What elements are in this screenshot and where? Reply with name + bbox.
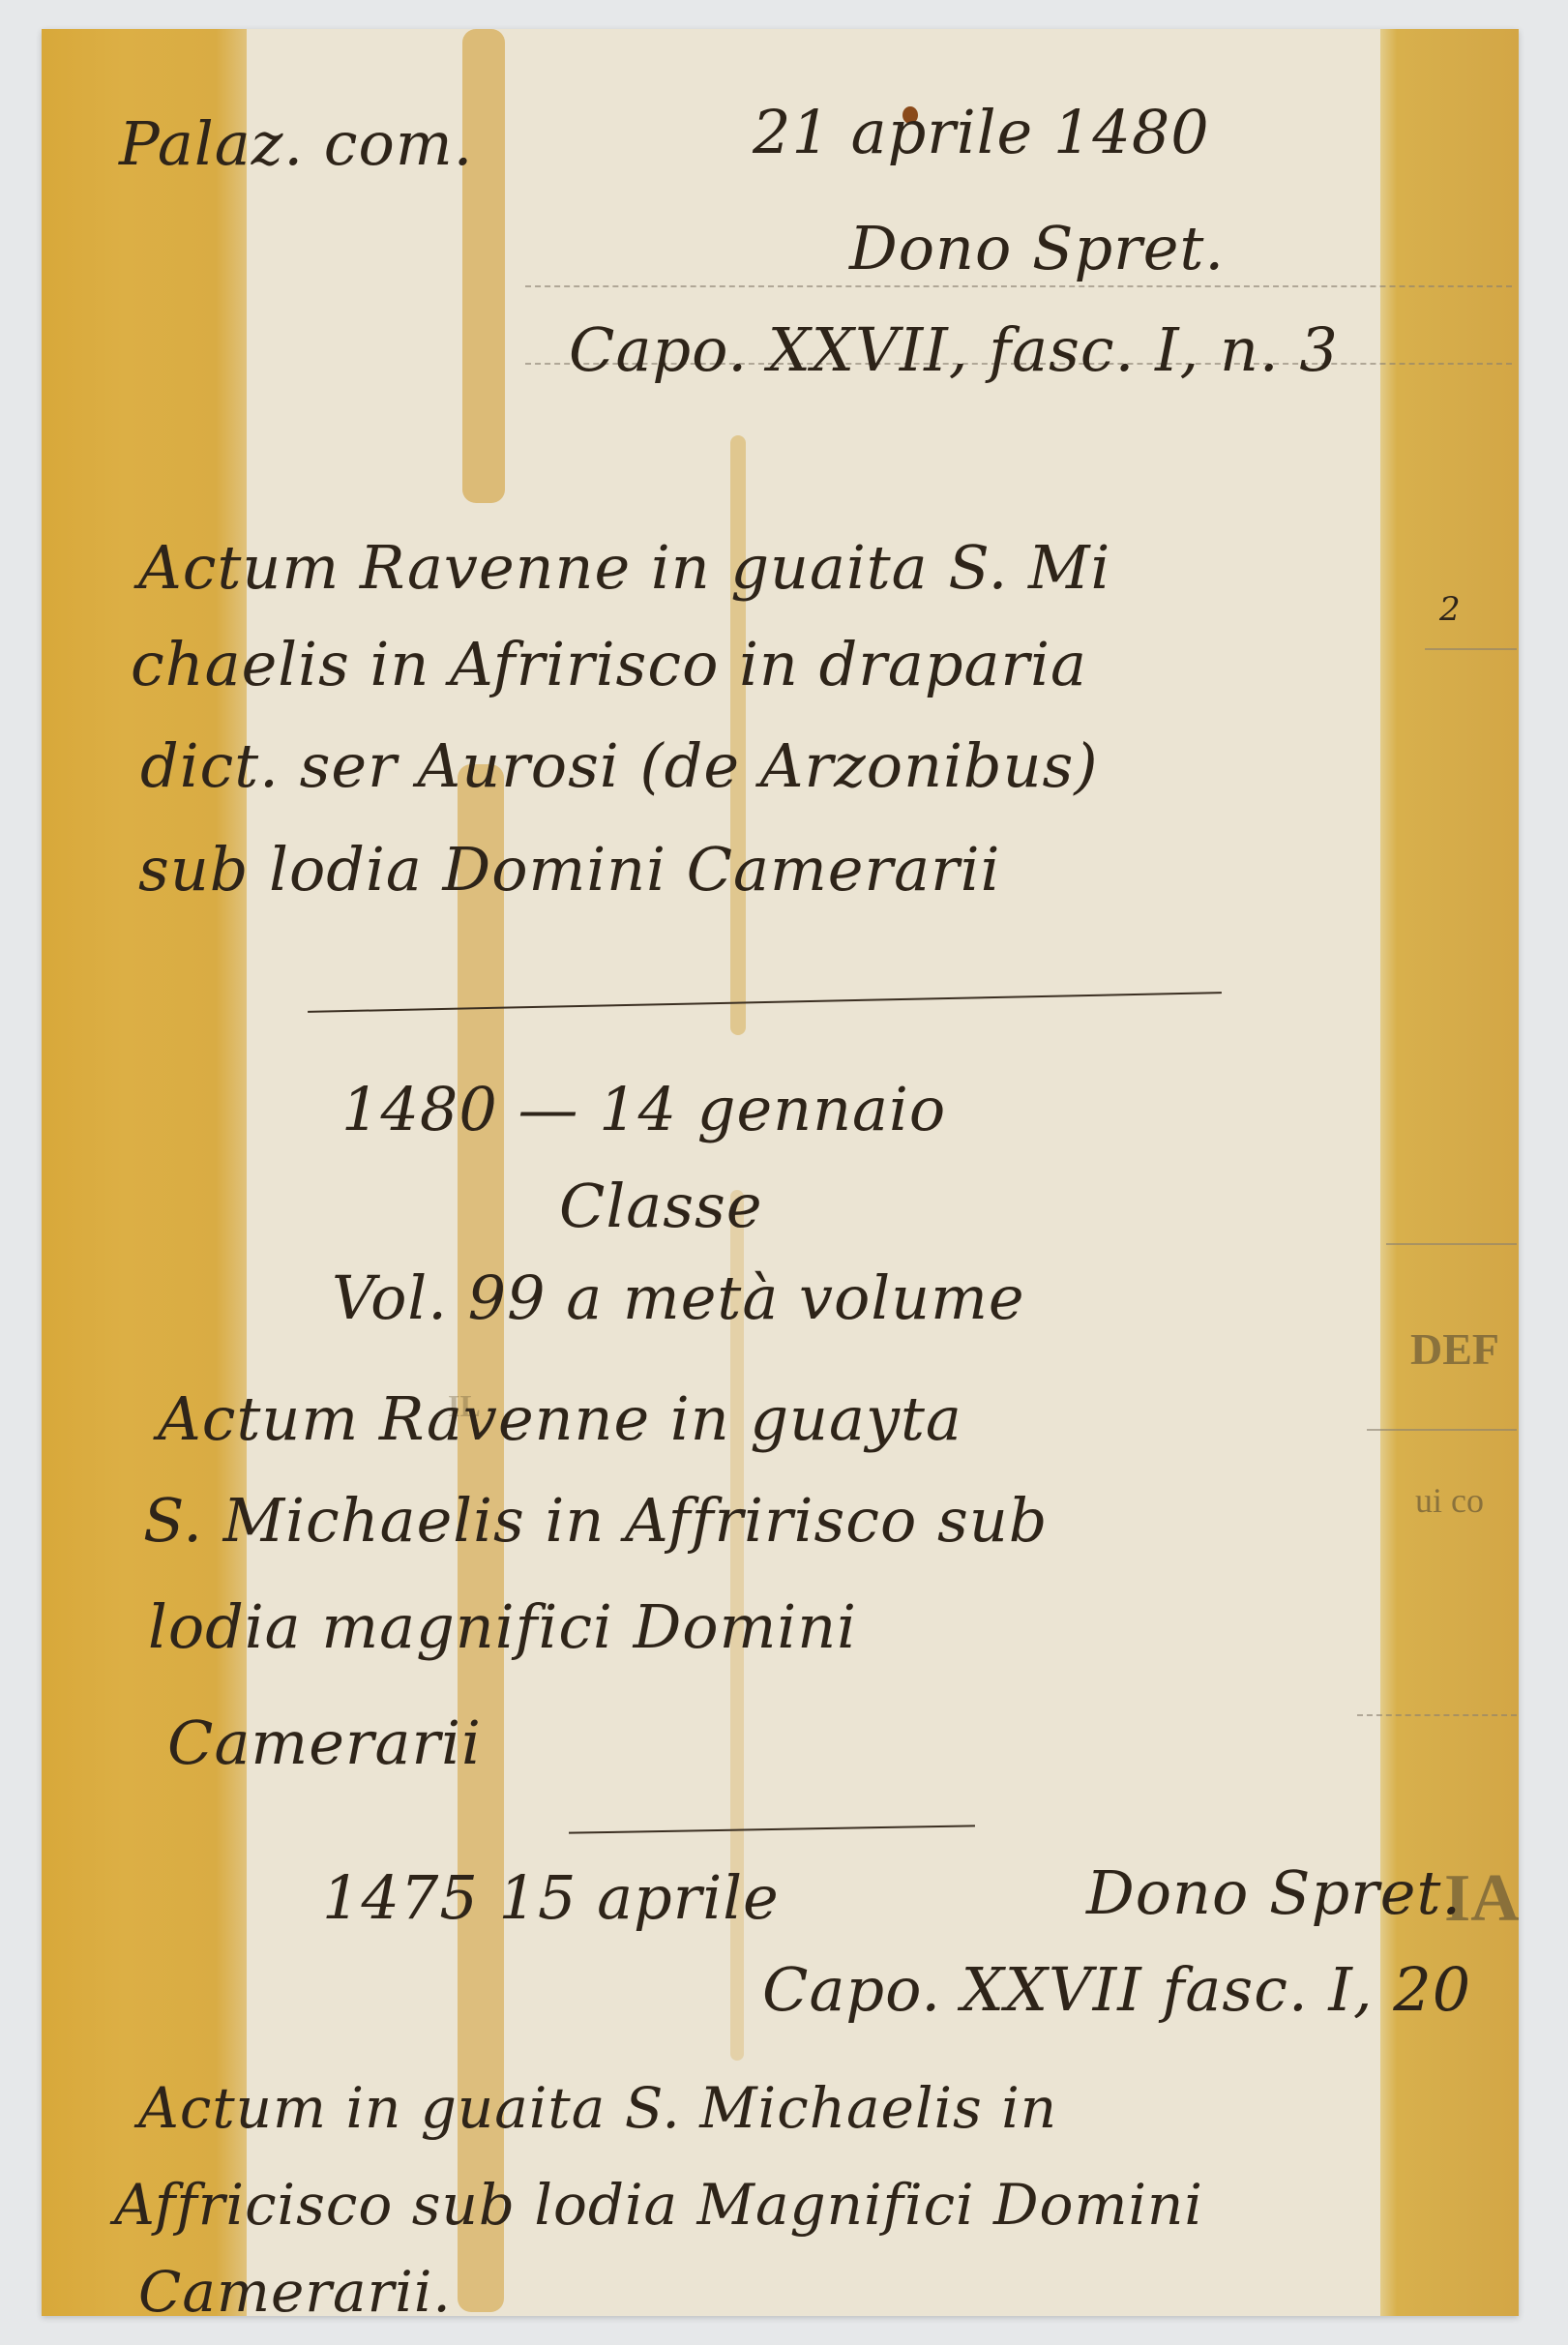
- margin-note: 2: [1439, 590, 1462, 629]
- fund-name: Dono Spret.: [849, 213, 1225, 283]
- archive-source: Palaz. com.: [119, 108, 473, 179]
- text-line: Actum Ravenne in guaita S. Mi: [138, 532, 1110, 603]
- printed-line: [1386, 1243, 1517, 1245]
- tape-strip-left: [42, 29, 247, 2316]
- place-name: Classe: [559, 1171, 763, 1241]
- volume-reference: Vol. 99 a metà volume: [332, 1262, 1025, 1333]
- text-line: chaelis in Afririsco in draparia: [131, 629, 1087, 699]
- text-line: Camerarii.: [138, 2259, 452, 2316]
- archive-reference: Capo. XXVII fasc. I, 20: [762, 1954, 1471, 2025]
- printed-fragment: DEF: [1410, 1323, 1499, 1375]
- printed-fragment: ui co: [1415, 1480, 1484, 1521]
- section-divider: [569, 1825, 975, 1833]
- text-line: Actum Ravenne in guayta: [158, 1383, 962, 1454]
- text-line: Actum in guaita S. Michaelis in: [138, 2075, 1057, 2141]
- text-line: sub lodia Domini Camerarii: [138, 834, 1000, 905]
- printed-dotted-line: [525, 285, 1512, 287]
- section-divider: [308, 992, 1222, 1013]
- stain-streak: [462, 29, 505, 503]
- text-line: dict. ser Aurosi (de Arzonibus): [140, 730, 1099, 801]
- printed-line: [1367, 1429, 1517, 1431]
- entry-date: 1480 — 14 gennaio: [341, 1074, 946, 1144]
- text-line: S. Michaelis in Affririsco sub: [143, 1485, 1048, 1556]
- manuscript-page: DEF ui co IA IL Palaz. com. 21 aprile 14…: [42, 29, 1519, 2316]
- printed-ornament-line: [1357, 1714, 1517, 1716]
- text-line: Camerarii: [167, 1707, 482, 1778]
- fund-name: Dono Spret.: [1086, 1857, 1462, 1928]
- archive-reference: Capo. XXVII, fasc. I, n. 3: [569, 314, 1339, 385]
- text-line: lodia magnifici Domini: [148, 1591, 857, 1662]
- printed-line: [1425, 648, 1517, 650]
- entry-date: 1475 15 aprile: [322, 1862, 780, 1933]
- text-line: Affricisco sub lodia Magnifici Domini: [114, 2172, 1203, 2238]
- entry-date: 21 aprile 1480: [753, 97, 1210, 167]
